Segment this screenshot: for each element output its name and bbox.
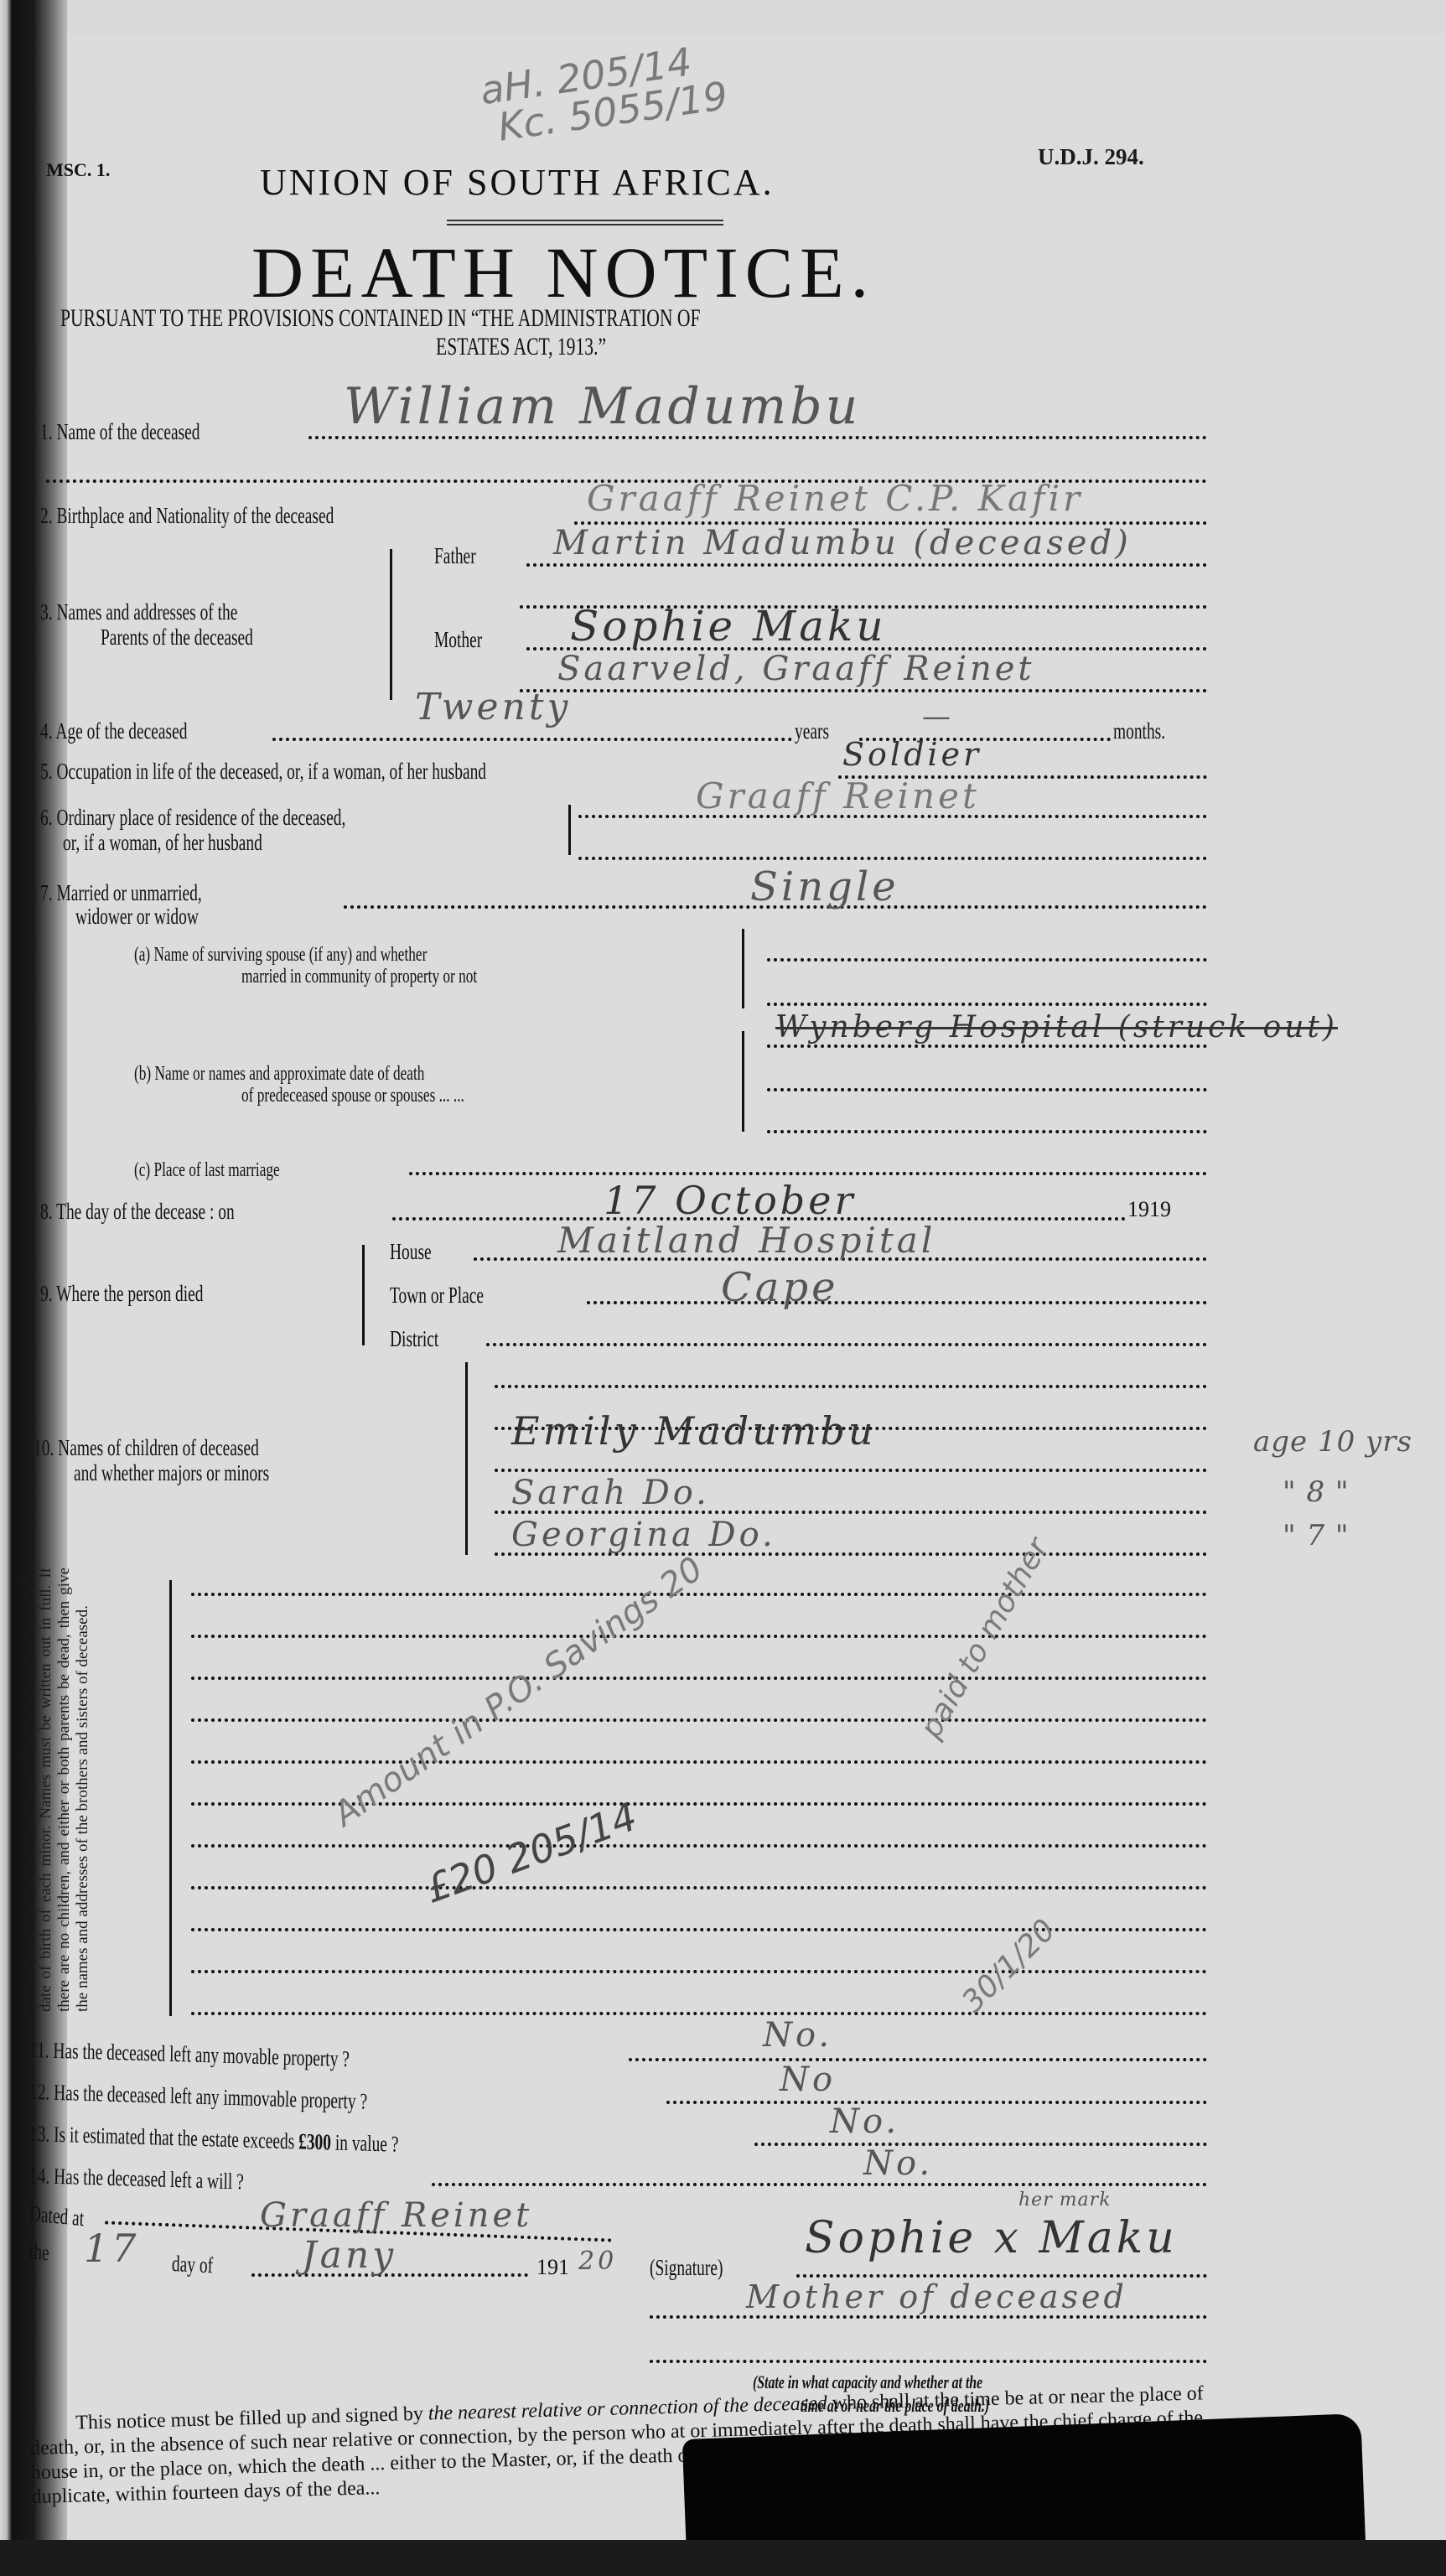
signature-label: (Signature) [650,2255,723,2281]
q5-value[interactable]: Soldier [842,736,982,773]
q2-value[interactable]: Graaff Reinet C.P. Kafir [587,478,1083,519]
q6-line-2 [578,857,1207,860]
q7a-label-2: married in community of property or not [241,966,477,988]
dated-at-label: Dated at [29,2200,85,2231]
father-value[interactable]: Martin Madumbu (deceased) [553,524,1132,562]
q10-line-3 [495,1469,1207,1472]
child-name[interactable]: Georgina Do. [511,1516,776,1554]
q7-value[interactable]: Single [750,863,899,910]
q7b-line-2 [767,1088,1207,1091]
subtitle-line-2: ESTATES ACT, 1913.” [436,333,606,361]
q3-label-2: Parents of the deceased [101,625,253,650]
page-top-edge [67,0,1446,36]
q14-line [432,2183,1207,2186]
child-age[interactable]: " 7 " [1283,1519,1350,1552]
heading-rule [447,220,723,225]
house-label: House [390,1239,432,1265]
extra-line [191,1593,1207,1596]
q4-months-label: months. [1113,718,1165,744]
mother-address-line [520,689,1207,692]
q7b-label-2: of predeceased spouse or spouses ... ... [241,1085,464,1107]
extra-line [191,1970,1207,1973]
q10-line-1 [495,1385,1207,1388]
extra-line [191,1635,1207,1638]
child-age[interactable]: " 8 " [1283,1475,1350,1509]
q14-value[interactable]: No. [863,2144,933,2183]
mother-label: Mother [434,627,482,653]
q8-year: 1919 [1127,1197,1171,1222]
district-line [486,1343,1207,1346]
q2-label: 2. Birthplace and Nationality of the dec… [40,503,334,529]
dated-at-value[interactable]: Graaff Reinet [260,2196,532,2235]
q7-label-2: widower or widow [75,904,199,930]
q7-label-1: 7. Married or unmarried, [40,880,202,906]
q1-line [308,436,1207,439]
q6-brace [568,805,571,855]
q10-label-1: 10. Names of children of deceased [34,1435,259,1461]
district-label: District [390,1326,438,1352]
side-instruction: State separately the children born of di… [18,1568,92,2012]
town-label: Town or Place [390,1283,484,1309]
capacity-line-1 [650,2315,1207,2319]
q7a-line-2 [767,1003,1207,1006]
q4-label: 4. Age of the deceased [40,718,187,744]
q3-label-1: 3. Names and addresses of the [40,599,237,625]
q11-line [629,2058,1207,2061]
q7a-line-1 [767,958,1207,961]
q7c-label: (c) Place of last marriage [134,1159,280,1182]
extra-line [191,1677,1207,1680]
q9-label: 9. Where the person died [40,1281,204,1307]
town-line [587,1301,1207,1304]
q7b-label-1: (b) Name or names and approximate date o… [134,1063,424,1086]
capacity-line-2 [650,2360,1207,2363]
q7a-bracket [742,929,744,1008]
extra-line [191,1886,1207,1889]
q4-years-label: years [795,718,829,744]
page-bottom-shadow [0,2540,1446,2576]
year-prefix: 191 [536,2255,569,2280]
year-value[interactable]: 20 [578,2247,617,2276]
q7c-line [409,1172,1207,1175]
day-value[interactable]: 17 [84,2226,140,2271]
q7b-value[interactable]: Wynberg Hospital (struck out) [775,1010,1338,1044]
issuer-heading: UNION OF SOUTH AFRICA. [260,161,775,204]
subtitle-line-1: PURSUANT TO THE PROVISIONS CONTAINED IN … [60,304,701,333]
q9-brace [362,1245,365,1345]
q6-label-2: or, if a woman, of her husband [63,830,262,856]
q7a-label-1: (a) Name of surviving spouse (if any) an… [134,944,427,967]
child-name[interactable]: Emily Madumbu [511,1408,877,1454]
capacity-value[interactable]: Mother of deceased [746,2278,1127,2315]
q1-value[interactable]: William Madumbu [344,377,861,436]
q13-line [754,2143,1207,2146]
child-name[interactable]: Sarah Do. [511,1474,710,1512]
father-line [526,563,1207,567]
day-of-label: day of [172,2251,214,2278]
signature-line [796,2274,1207,2278]
q7b-line-1 [767,1044,1207,1048]
q4-years-value[interactable]: Twenty [415,686,571,728]
extra-line [191,1844,1207,1848]
q10-brace [465,1362,468,1555]
father-label: Father [434,543,476,569]
q7b-bracket [742,1031,744,1132]
page-title: DEATH NOTICE. [251,231,875,314]
q5-label: 5. Occupation in life of the deceased, o… [40,759,486,785]
q3-brace [390,549,392,700]
month-value[interactable]: Jany [302,2234,396,2277]
q13-value[interactable]: No. [830,2102,899,2141]
house-value[interactable]: Maitland Hospital [557,1220,935,1261]
signature-value[interactable]: Sophie x Maku [805,2213,1178,2263]
q6-label-1: 6. Ordinary place of residence of the de… [40,805,345,831]
q12-line [666,2101,1207,2104]
q8-label: 8. The day of the decease : on [40,1199,235,1225]
signature-mark: her mark [1018,2190,1112,2211]
mother-value[interactable]: Sophie Maku [570,602,887,650]
mother-address-value[interactable]: Saarveld, Graaff Reinet [557,650,1035,688]
q4-months-value[interactable]: — [922,700,954,733]
q6-value[interactable]: Graaff Reinet [696,775,980,816]
q4-years-line [272,738,792,741]
child-age[interactable]: age 10 yrs [1253,1425,1412,1459]
q8-value[interactable]: 17 October [604,1178,856,1223]
the-label: the [29,2238,49,2266]
extra-line [191,2012,1207,2015]
instruction-brace [169,1580,172,2016]
q10-label-2: and whether majors or minors [74,1460,269,1486]
q12-value[interactable]: No [780,2060,836,2099]
form-code: MSC. 1. [46,159,110,181]
q7b-line-3 [767,1130,1207,1133]
extra-line [191,1718,1207,1722]
q1-label: 1. Name of the deceased [40,419,200,445]
extra-line [191,1760,1207,1764]
q11-value[interactable]: No. [763,2016,832,2055]
form-number: U.D.J. 294. [1038,144,1144,170]
town-value[interactable]: Cape [721,1264,838,1311]
